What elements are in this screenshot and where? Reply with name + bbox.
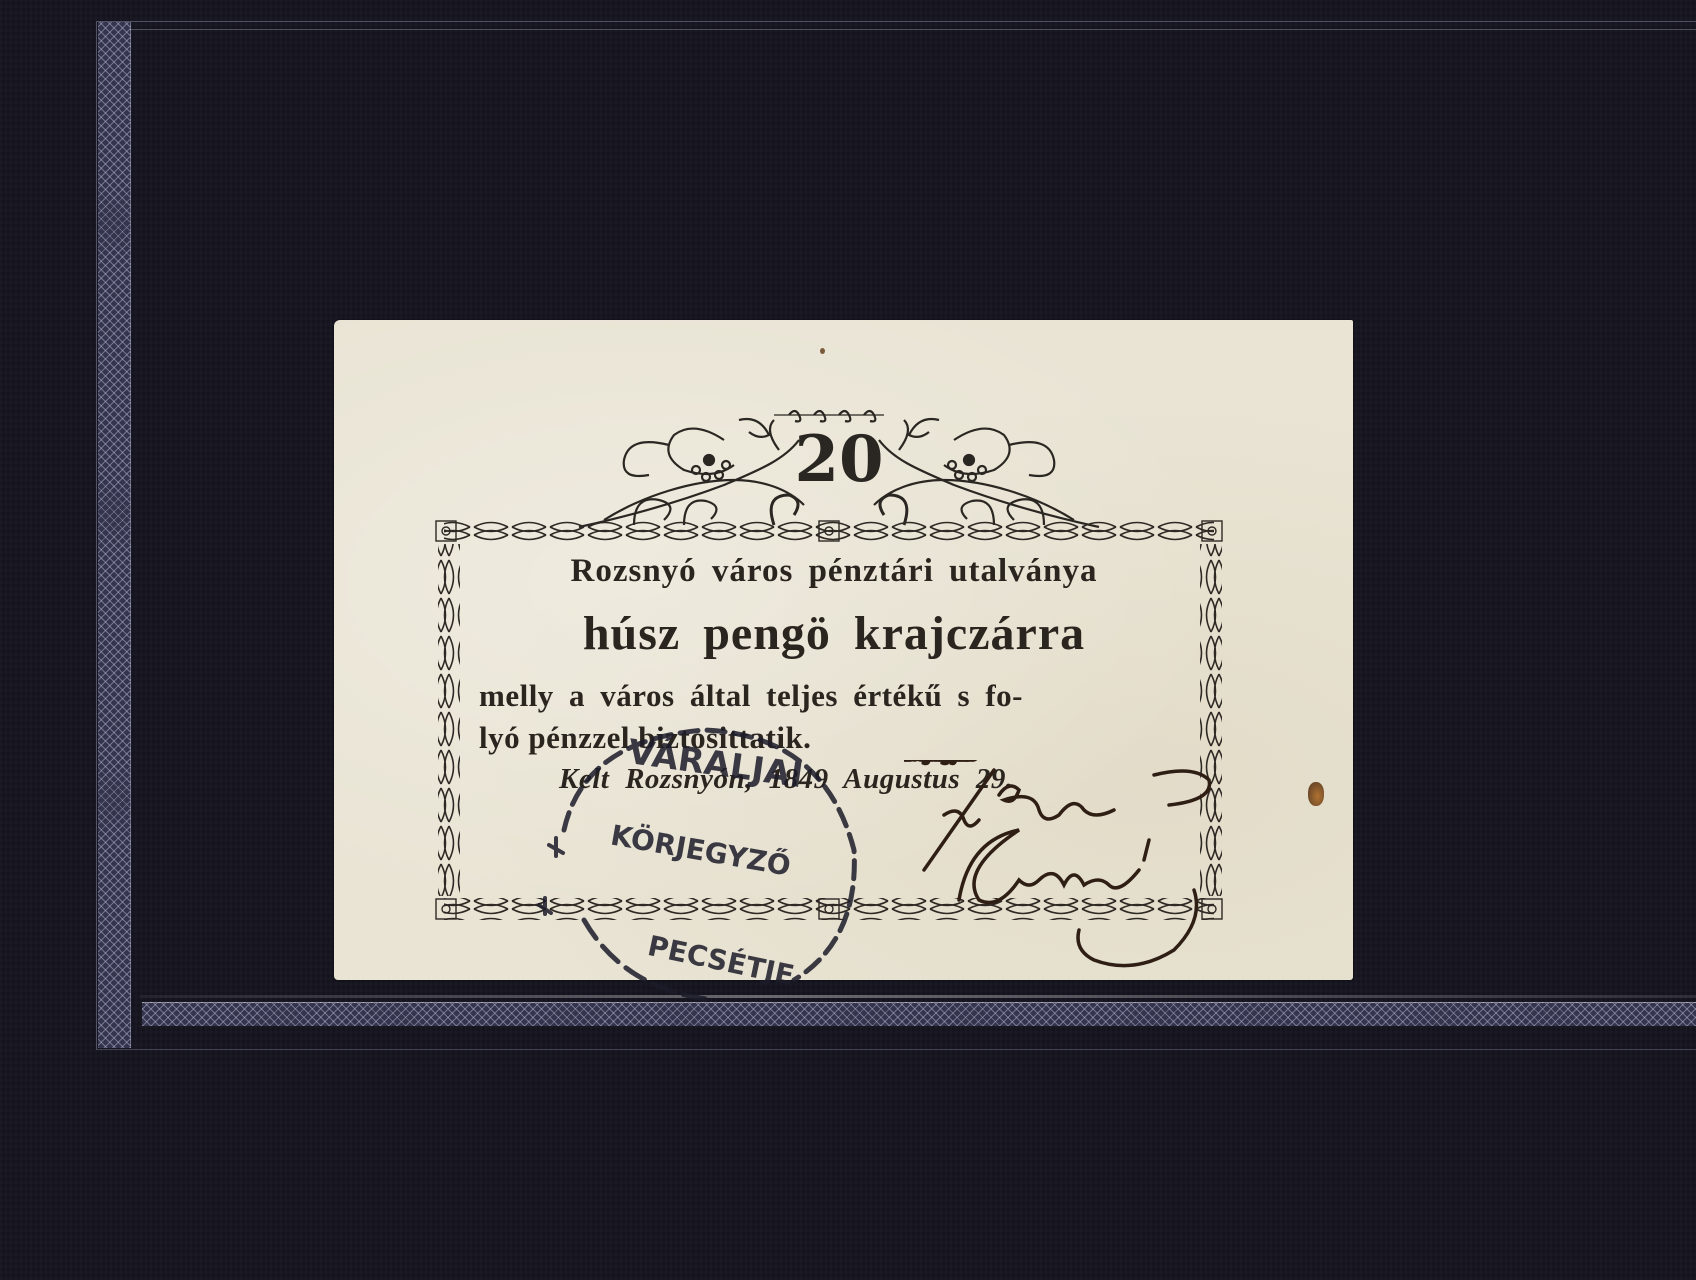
official-stamp: VÁRALJAI KÖRJEGYZŐ PECSÉTJE	[524, 710, 904, 1010]
stamp-bottom-text: PECSÉTJE	[645, 928, 797, 992]
rust-spot	[1308, 782, 1324, 806]
banknote: 20 Rozsnyó város pénztári utalványa húsz…	[334, 320, 1353, 980]
signature-line-2: Bélzházi	[904, 760, 972, 764]
handwritten-signature: fő Jegyző Bélzházi	[904, 760, 1264, 970]
sleeve-top-edge	[130, 29, 1696, 30]
guarantee-line-1: melly a város által teljes értékű s fo-	[479, 678, 1199, 714]
sleeve-seal-vertical	[98, 22, 131, 1048]
denomination-numeral: 20	[784, 425, 894, 495]
sleeve-sheen	[140, 995, 1696, 998]
issuer-line: Rozsnyó város pénztári utalványa	[484, 553, 1184, 590]
sleeve-seal-horizontal	[142, 1002, 1696, 1026]
stamp-middle-text: KÖRJEGYZŐ	[608, 818, 793, 883]
paper-blemish	[820, 348, 825, 354]
value-line: húsz pengö krajczárra	[484, 606, 1184, 661]
stamp-top-text: VÁRALJAI	[626, 731, 806, 796]
